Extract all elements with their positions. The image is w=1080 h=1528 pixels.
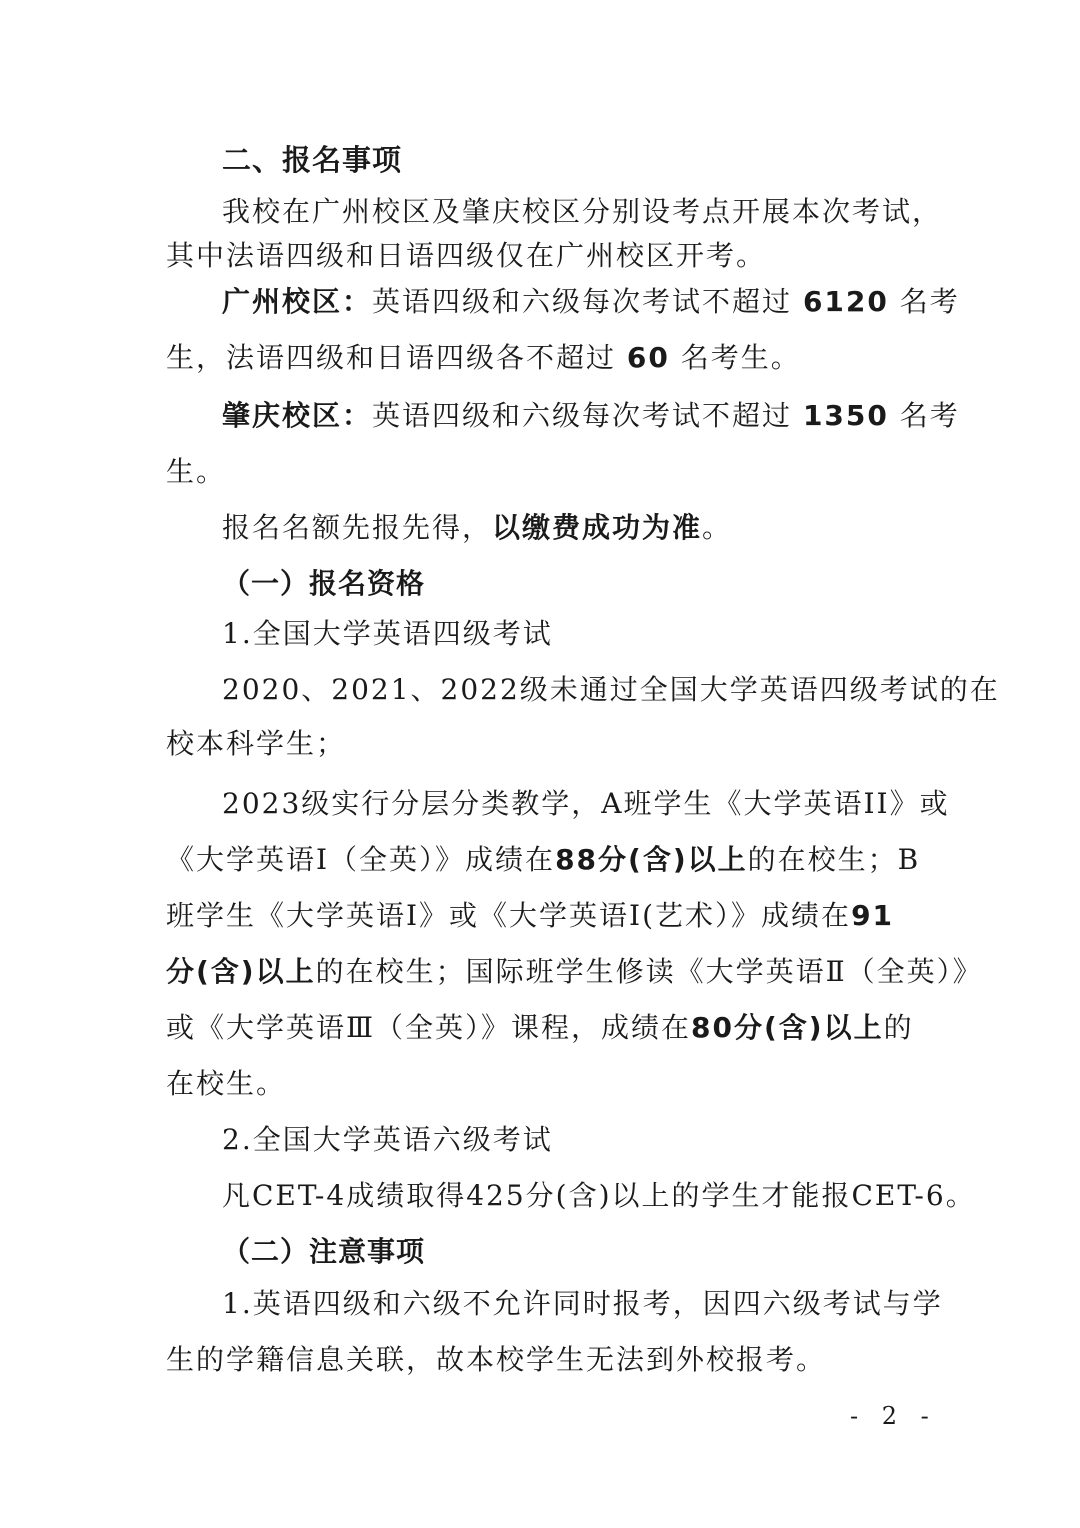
guangzhou-text-c: 生，法语四级和日语四级各不超过 (166, 341, 616, 374)
document-page: 二、报名事项 我校在广州校区及肇庆校区分别设考点开展本次考试， 其中法语四级和日… (0, 0, 1080, 1528)
cet4-p2-line-2: 《大学英语Ⅰ（全英）》成绩在88分(含)以上的在校生；B (166, 840, 926, 880)
quota-bold-text: 以缴费成功为准 (492, 511, 702, 544)
cet6-p1: 凡CET-4成绩取得425分(含)以上的学生才能报CET-6。 (222, 1176, 982, 1216)
zhaoqing-line-1: 肇庆校区：英语四级和六级每次考试不超过 1350 名考 (222, 396, 982, 436)
guangzhou-text-a: 英语四级和六级每次考试不超过 (372, 285, 792, 318)
eligibility-title: （一）报名资格 (222, 564, 982, 604)
guangzhou-limit-english: 6120 (803, 285, 889, 318)
cet4-title: 1.全国大学英语四级考试 (222, 614, 982, 654)
intro-line-2: 其中法语四级和日语四级仅在广州校区开考。 (166, 236, 926, 276)
cet4-p2-line-4: 分(含)以上的在校生；国际班学生修读《大学英语Ⅱ（全英）》 (166, 952, 926, 992)
guangzhou-line-2: 生，法语四级和日语四级各不超过 60 名考生。 (166, 338, 926, 378)
score-threshold-88: 88分(含)以上 (555, 843, 748, 876)
cet6-title: 2.全国大学英语六级考试 (222, 1120, 982, 1160)
cet4-p2-text-a: 《大学英语Ⅰ（全英）》成绩在 (166, 843, 555, 876)
intro-line-1: 我校在广州校区及肇庆校区分别设考点开展本次考试， (222, 192, 982, 232)
cet4-p2-text-f: 的 (884, 1011, 914, 1044)
zhaoqing-text-b: 名考 (900, 399, 960, 432)
guangzhou-line-1: 广州校区：英语四级和六级每次考试不超过 6120 名考 (222, 282, 982, 322)
section-title: 二、报名事项 (222, 140, 982, 180)
note-1-line-1: 1.英语四级和六级不允许同时报考，因四六级考试与学 (222, 1284, 982, 1324)
guangzhou-text-b: 名考 (900, 285, 960, 318)
guangzhou-label: 广州校区： (222, 285, 372, 318)
cet4-p2-text-d: 的在校生；国际班学生修读《大学英语Ⅱ（全英）》 (316, 955, 983, 988)
notes-title: （二）注意事项 (222, 1232, 982, 1272)
zhaoqing-text-a: 英语四级和六级每次考试不超过 (372, 399, 792, 432)
cet4-p2-line-6: 在校生。 (166, 1064, 926, 1104)
cet4-p2-text-c: 班学生《大学英语Ⅰ》或《大学英语Ⅰ(艺术）》成绩在 (166, 899, 851, 932)
cet4-p2-line-1: 2023级实行分层分类教学，A班学生《大学英语II》或 (222, 784, 982, 824)
score-threshold-91-suffix: 分(含)以上 (166, 955, 316, 988)
cet4-p2-text-b: 的在校生；B (748, 843, 921, 876)
guangzhou-text-d: 名考生。 (681, 341, 801, 374)
score-threshold-80: 80分(含)以上 (691, 1011, 884, 1044)
cet4-p2-line-3: 班学生《大学英语Ⅰ》或《大学英语Ⅰ(艺术）》成绩在91 (166, 896, 926, 936)
score-threshold-91: 91 (851, 899, 894, 932)
quota-text: 报名名额先报先得， (222, 511, 492, 544)
cet4-p2-line-5: 或《大学英语Ⅲ（全英）》课程，成绩在80分(含)以上的 (166, 1008, 926, 1048)
cet4-p1-line-2: 校本科学生； (166, 724, 926, 764)
note-1-line-2: 生的学籍信息关联，故本校学生无法到外校报考。 (166, 1340, 926, 1380)
zhaoqing-line-2: 生。 (166, 452, 926, 492)
guangzhou-limit-fr-jp: 60 (627, 341, 670, 374)
page-number: - 2 - (850, 1402, 937, 1430)
quota-end: 。 (702, 511, 732, 544)
quota-line: 报名名额先报先得，以缴费成功为准。 (222, 508, 982, 548)
zhaoqing-limit: 1350 (803, 399, 889, 432)
cet4-p1-line-1: 2020、2021、2022级未通过全国大学英语四级考试的在 (222, 670, 982, 710)
zhaoqing-label: 肇庆校区： (222, 399, 372, 432)
cet4-p2-text-e: 或《大学英语Ⅲ（全英）》课程，成绩在 (166, 1011, 691, 1044)
